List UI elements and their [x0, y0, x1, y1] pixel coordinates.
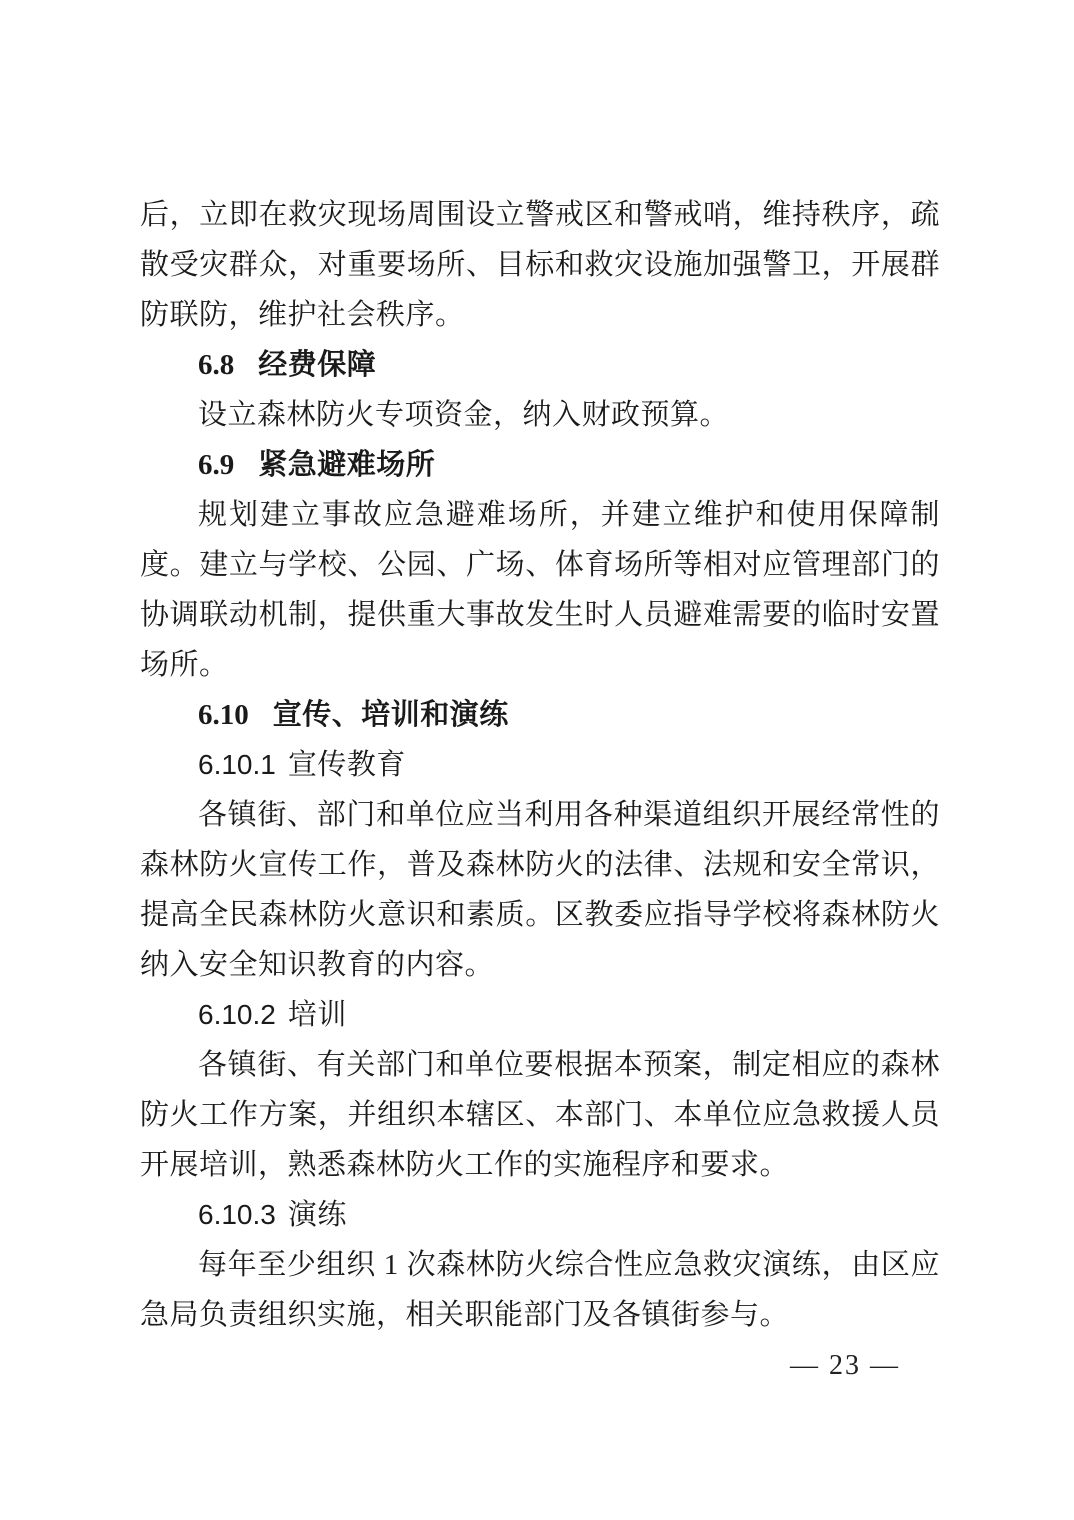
subsection-heading: 6.10.2培训 — [140, 990, 940, 1040]
subsection-title: 宣传教育 — [288, 749, 406, 781]
section-heading: 6.9紧急避难场所 — [140, 440, 940, 490]
section-number: 6.10 — [198, 699, 249, 731]
section-number: 6.8 — [198, 349, 234, 381]
document-page: 后，立即在救灾现场周围设立警戒区和警戒哨，维持秩序，疏散受灾群众，对重要场所、目… — [0, 0, 1074, 1520]
subsection-heading: 6.10.3演练 — [140, 1190, 940, 1240]
subsection-title: 演练 — [288, 1199, 347, 1231]
section-title: 经费保障 — [258, 349, 376, 381]
section-title: 宣传、培训和演练 — [273, 699, 509, 731]
section-heading: 6.10宣传、培训和演练 — [140, 690, 940, 740]
section-title: 紧急避难场所 — [258, 449, 435, 481]
subsection-number: 6.10.3 — [198, 1199, 276, 1230]
section-number: 6.9 — [198, 449, 234, 481]
paragraph: 各镇街、有关部门和单位要根据本预案，制定相应的森林防火工作方案，并组织本辖区、本… — [140, 1040, 940, 1190]
paragraph: 后，立即在救灾现场周围设立警戒区和警戒哨，维持秩序，疏散受灾群众，对重要场所、目… — [140, 190, 940, 340]
subsection-heading: 6.10.1宣传教育 — [140, 740, 940, 790]
subsection-number: 6.10.1 — [198, 749, 276, 780]
subsection-title: 培训 — [288, 999, 347, 1031]
page-number: — 23 — — [790, 1350, 900, 1381]
paragraph: 规划建立事故应急避难场所，并建立维护和使用保障制度。建立与学校、公园、广场、体育… — [140, 490, 940, 690]
page-footer: — 23 — — [790, 1350, 900, 1382]
section-heading: 6.8经费保障 — [140, 340, 940, 390]
document-content: 后，立即在救灾现场周围设立警戒区和警戒哨，维持秩序，疏散受灾群众，对重要场所、目… — [140, 190, 940, 1340]
subsection-number: 6.10.2 — [198, 999, 276, 1030]
paragraph: 各镇街、部门和单位应当利用各种渠道组织开展经常性的森林防火宣传工作，普及森林防火… — [140, 790, 940, 990]
paragraph: 每年至少组织 1 次森林防火综合性应急救灾演练，由区应急局负责组织实施，相关职能… — [140, 1240, 940, 1340]
paragraph: 设立森林防火专项资金，纳入财政预算。 — [140, 390, 940, 440]
